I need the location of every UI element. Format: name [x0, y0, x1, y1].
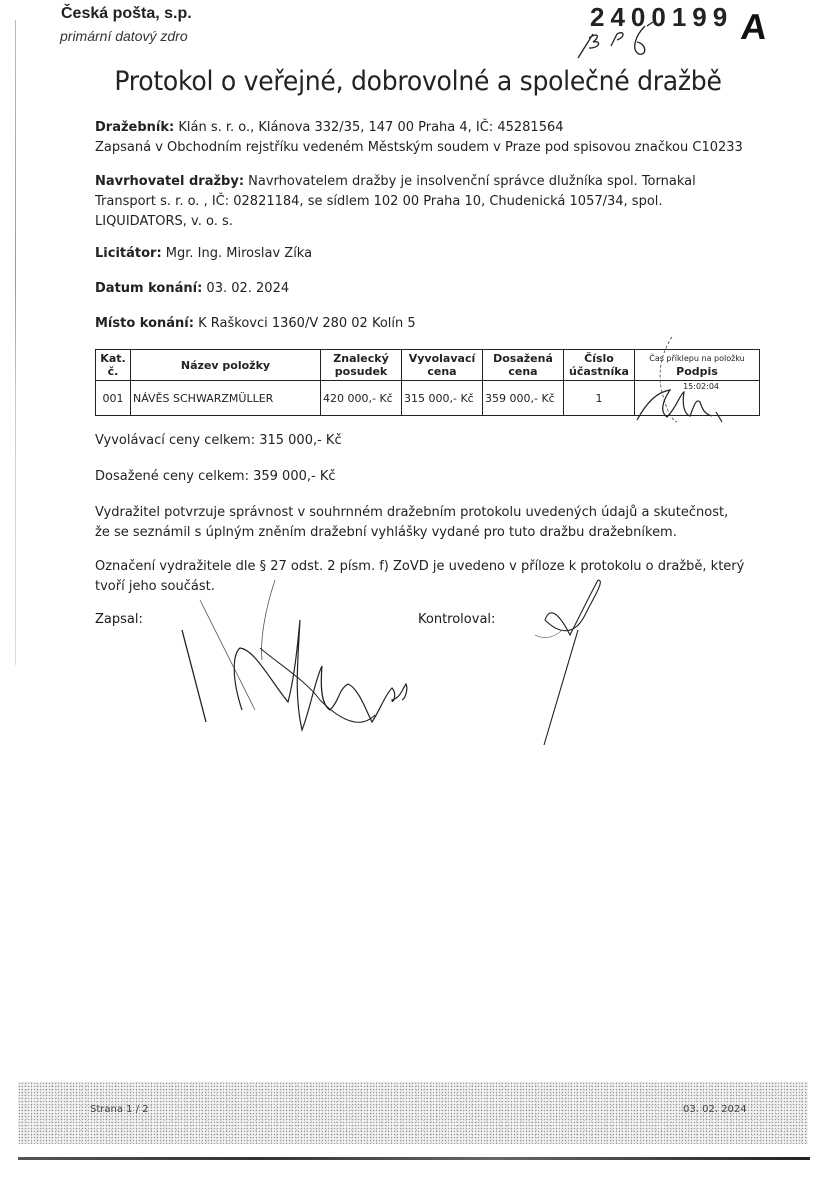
- header-cislo-line1: Číslo: [584, 352, 614, 365]
- drazebnik-registration: Zapsaná v Obchodním rejstříku vedeném Mě…: [95, 140, 743, 155]
- footer-date: 03. 02. 2024: [683, 1104, 747, 1115]
- misto-value: K Raškovci 1360/V 280 02 Kolín 5: [198, 316, 416, 331]
- header-podpis: Čas příklepu na položku Podpis: [635, 350, 760, 381]
- header-cislo-line2: účastníka: [569, 365, 629, 378]
- designation-paragraph: Označení vydražitele dle § 27 odst. 2 pí…: [95, 557, 745, 597]
- statement-paragraph: Vydražitel potvrzuje správnost v souhrnn…: [95, 503, 745, 543]
- kontroloval-label: Kontroloval:: [418, 612, 495, 627]
- licitator-section: Licitátor: Mgr. Ing. Miroslav Zíka: [95, 244, 745, 264]
- datum-section: Datum konání: 03. 02. 2024: [95, 279, 745, 299]
- licitator-label: Licitátor:: [95, 246, 162, 261]
- scan-edge-line: [15, 20, 16, 665]
- cell-podpis: 15:02:04: [635, 381, 760, 416]
- table-header-row: Kat. č. Název položky Znalecký posudek V…: [96, 350, 760, 381]
- header-cas-priklepu: Čas příklepu na položku: [637, 352, 757, 365]
- header-dosazena-line1: Dosažená: [493, 352, 553, 365]
- cell-cislo: 1: [564, 381, 635, 416]
- header-dosazena-line2: cena: [508, 365, 537, 378]
- footer-divider: [18, 1157, 810, 1160]
- zapsal-label: Zapsal:: [95, 612, 143, 627]
- cell-nazev: NÁVĚS SCHWARZMÜLLER: [131, 381, 321, 416]
- misto-label: Místo konání:: [95, 316, 194, 331]
- page-number: Strana 1 / 2: [90, 1104, 149, 1115]
- header-nazev: Název položky: [131, 350, 321, 381]
- document-letter: A: [739, 6, 769, 48]
- header-dosazena: Dosažená cena: [483, 350, 564, 381]
- zapsal-signature-icon: [170, 580, 430, 770]
- misto-section: Místo konání: K Raškovci 1360/V 280 02 K…: [95, 314, 745, 334]
- total-vyvolavaci: Vyvolávací ceny celkem: 315 000,- Kč: [95, 431, 745, 451]
- drazebnik-label: Dražebník:: [95, 120, 174, 135]
- issuer-subtitle: primární datový zdro: [60, 28, 188, 44]
- page-title: Protokol o veřejné, dobrovolné a společn…: [29, 66, 806, 97]
- cell-znalecky: 420 000,- Kč: [321, 381, 402, 416]
- kontroloval-signature-icon: [520, 575, 620, 755]
- cell-vyvolavaci: 315 000,- Kč: [402, 381, 483, 416]
- navrhovatel-section: Navrhovatel dražby: Navrhovatelem dražby…: [95, 172, 745, 232]
- header-cislo: Číslo účastníka: [564, 350, 635, 381]
- header-vyvolavaci-line2: cena: [427, 365, 456, 378]
- header-znalecky-line2: posudek: [335, 365, 387, 378]
- drazebnik-section: Dražebník: Klán s. r. o., Klánova 332/35…: [95, 118, 745, 158]
- licitator-value: Mgr. Ing. Miroslav Zíka: [166, 246, 312, 261]
- total-dosazene: Dosažené ceny celkem: 359 000,- Kč: [95, 467, 745, 487]
- cell-kat: 001: [96, 381, 131, 416]
- cell-cas-priklepu: 15:02:04: [683, 382, 719, 391]
- datum-value: 03. 02. 2024: [206, 281, 289, 296]
- datum-label: Datum konání:: [95, 281, 202, 296]
- cell-dosazena: 359 000,- Kč: [483, 381, 564, 416]
- header-podpis-label: Podpis: [676, 365, 718, 378]
- navrhovatel-label: Navrhovatel dražby:: [95, 174, 244, 189]
- auction-items-table: Kat. č. Název položky Znalecký posudek V…: [95, 349, 760, 416]
- header-znalecky: Znalecký posudek: [321, 350, 402, 381]
- issuer-name: Česká pošta, s.p.: [61, 5, 192, 23]
- header-vyvolavaci-line1: Vyvolavací: [409, 352, 476, 365]
- header-kat: Kat. č.: [96, 350, 131, 381]
- drazebnik-value: Klán s. r. o., Klánova 332/35, 147 00 Pr…: [178, 120, 563, 135]
- header-vyvolavaci: Vyvolavací cena: [402, 350, 483, 381]
- table-row: 001 NÁVĚS SCHWARZMÜLLER 420 000,- Kč 315…: [96, 381, 760, 416]
- handwritten-initials-icon: [575, 20, 670, 60]
- header-znalecky-line1: Znalecký: [333, 352, 388, 365]
